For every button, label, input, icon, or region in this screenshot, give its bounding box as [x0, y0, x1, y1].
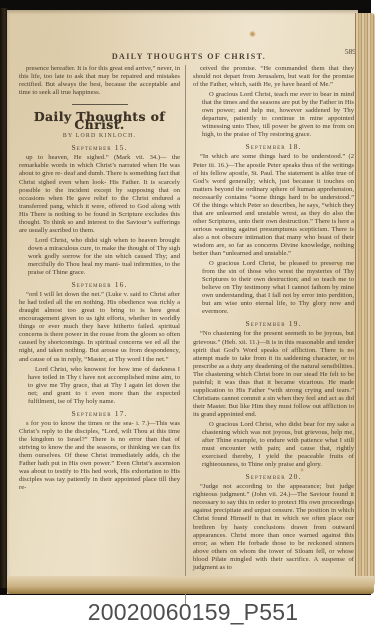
paragraph: presence hereafter. It is for this great…: [19, 65, 180, 97]
date-heading: September 18.: [193, 143, 354, 151]
prayer-paragraph: O gracious Lord Christ, be pleased to pr…: [202, 260, 354, 316]
section-divider-rule: [72, 104, 128, 105]
text-columns: presence hereafter. It is for this great…: [19, 65, 359, 605]
right-text-column: ceived the promise. “He commanded them t…: [186, 65, 354, 605]
page-bottom-edge: [7, 576, 374, 594]
paragraph: s for you to know the times or the sea- …: [19, 420, 180, 492]
paragraph: “No chastening for the present seemeth t…: [193, 330, 354, 419]
date-heading: September 17.: [19, 410, 180, 418]
date-heading: September 16.: [19, 281, 180, 289]
running-header-row: DAILY THOUGHTS OF CHRIST. 589: [19, 46, 359, 58]
prayer-paragraph: Lord Christ, who didst sigh when to heav…: [28, 237, 180, 277]
paragraph: “In which are some things hard to be und…: [193, 153, 354, 258]
paragraph: “Judge not according to the appearance; …: [193, 483, 354, 572]
left-text-column: presence hereafter. It is for this great…: [19, 65, 186, 605]
paragraph: up to heaven, He sighed.” (Mark vii. 34.…: [19, 154, 180, 234]
date-heading: September 15.: [19, 144, 180, 152]
book-page: DAILY THOUGHTS OF CHRIST. 589 presence h…: [7, 10, 358, 594]
date-heading: September 19.: [193, 320, 354, 328]
byline: BY LORD KINLOCH.: [19, 132, 180, 140]
page-fore-edge: [355, 13, 375, 587]
paragraph: ceived the promise. “He commanded them t…: [193, 65, 354, 89]
date-heading: September 20.: [193, 473, 354, 481]
prayer-paragraph: O gracious Lord Christ, teach me ever to…: [202, 91, 354, 139]
book-scan-photo: DAILY THOUGHTS OF CHRIST. 589 presence h…: [0, 0, 386, 640]
book-title: Daily Thoughts of Christ.: [19, 113, 180, 129]
paragraph: “ord I will let down the net.” (Luke v. …: [19, 291, 180, 363]
scan-id-label: 20020060159_P551: [0, 599, 386, 626]
running-header: DAILY THOUGHTS OF CHRIST.: [112, 52, 266, 61]
page-content: DAILY THOUGHTS OF CHRIST. 589 presence h…: [19, 46, 359, 605]
prayer-paragraph: Lord Christ, who knowest for how ime of …: [28, 366, 180, 406]
prayer-paragraph: O gracious Lord Christ, who didst bear f…: [202, 421, 354, 469]
